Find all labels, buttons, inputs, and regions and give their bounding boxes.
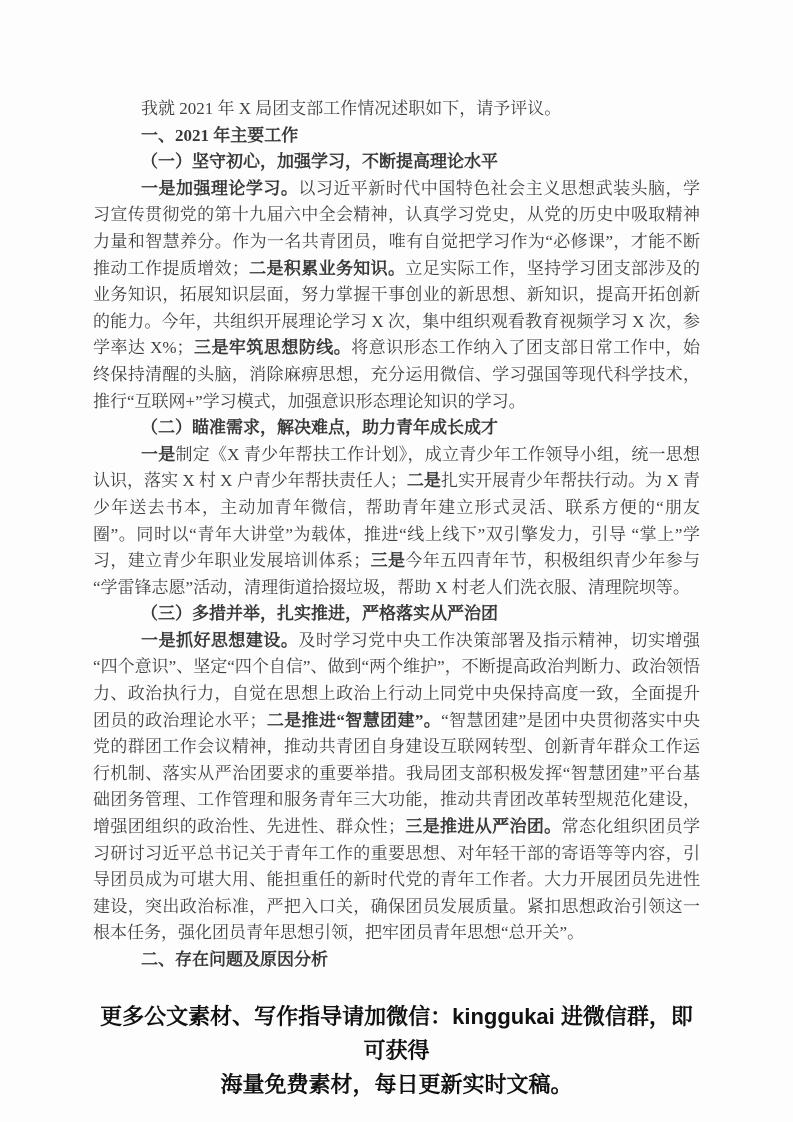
bold-run: 三是牢筑思想防线。 — [194, 338, 352, 357]
paragraph: 一是抓好思想建设。及时学习党中央工作决策部署及指示精神，切实增强“四个意识”、坚… — [93, 628, 700, 947]
promo-footer-line-1: 更多公文素材、写作指导请加微信：kinggukai 进微信群，即可获得 — [93, 1000, 700, 1068]
paragraph: 一是制定《X 青少年帮扶工作计划》，成立青少年工作领导小组，统一思想认识，落实 … — [93, 442, 700, 602]
promo-footer: 更多公文素材、写作指导请加微信：kinggukai 进微信群，即可获得 海量免费… — [93, 1000, 700, 1102]
bold-run: 三是 — [370, 551, 405, 570]
section-heading: （二）瞄准需求，解决难点，助力青年成长成才 — [93, 415, 700, 442]
document-body: 我就 2021 年 X 局团支部工作情况述职如下，请予评议。一、2021 年主要… — [93, 96, 700, 974]
section-heading: （一）坚守初心，加强学习，不断提高理论水平 — [93, 149, 700, 176]
bold-run: 三是推进从严治团。 — [405, 817, 562, 836]
bold-run: （二）瞄准需求，解决难点，助力青年成长成才 — [141, 418, 498, 437]
bold-run: （一）坚守初心，加强学习，不断提高理论水平 — [141, 152, 498, 171]
paragraph: 我就 2021 年 X 局团支部工作情况述职如下，请予评议。 — [93, 96, 700, 123]
document-page: 我就 2021 年 X 局团支部工作情况述职如下，请予评议。一、2021 年主要… — [0, 0, 793, 1122]
paragraph: 一是加强理论学习。以习近平新时代中国特色社会主义思想武装头脑，学习宣传贯彻党的第… — [93, 176, 700, 415]
bold-run: 二是 — [407, 471, 441, 490]
text-run: 我就 2021 年 X 局团支部工作情况述职如下，请予评议。 — [141, 99, 561, 118]
bold-run: 一是抓好思想建设。 — [141, 631, 298, 650]
bold-run: 二是推进“智慧团建”。 — [266, 711, 441, 730]
promo-footer-line-2: 海量免费素材，每日更新实时文稿。 — [93, 1068, 700, 1102]
bold-run: 一、2021 年主要工作 — [141, 126, 298, 145]
bold-run: 二、存在问题及原因分析 — [141, 950, 328, 969]
section-heading: 一、2021 年主要工作 — [93, 123, 700, 150]
bold-run: 二是积累业务知识。 — [249, 259, 406, 278]
section-heading: （三）多措并举，扎实推进，严格落实从严治团 — [93, 601, 700, 628]
section-heading: 二、存在问题及原因分析 — [93, 947, 700, 974]
bold-run: 一是加强理论学习。 — [141, 179, 298, 198]
bold-run: （三）多措并举，扎实推进，严格落实从严治团 — [141, 604, 498, 623]
bold-run: 一是 — [141, 445, 175, 464]
